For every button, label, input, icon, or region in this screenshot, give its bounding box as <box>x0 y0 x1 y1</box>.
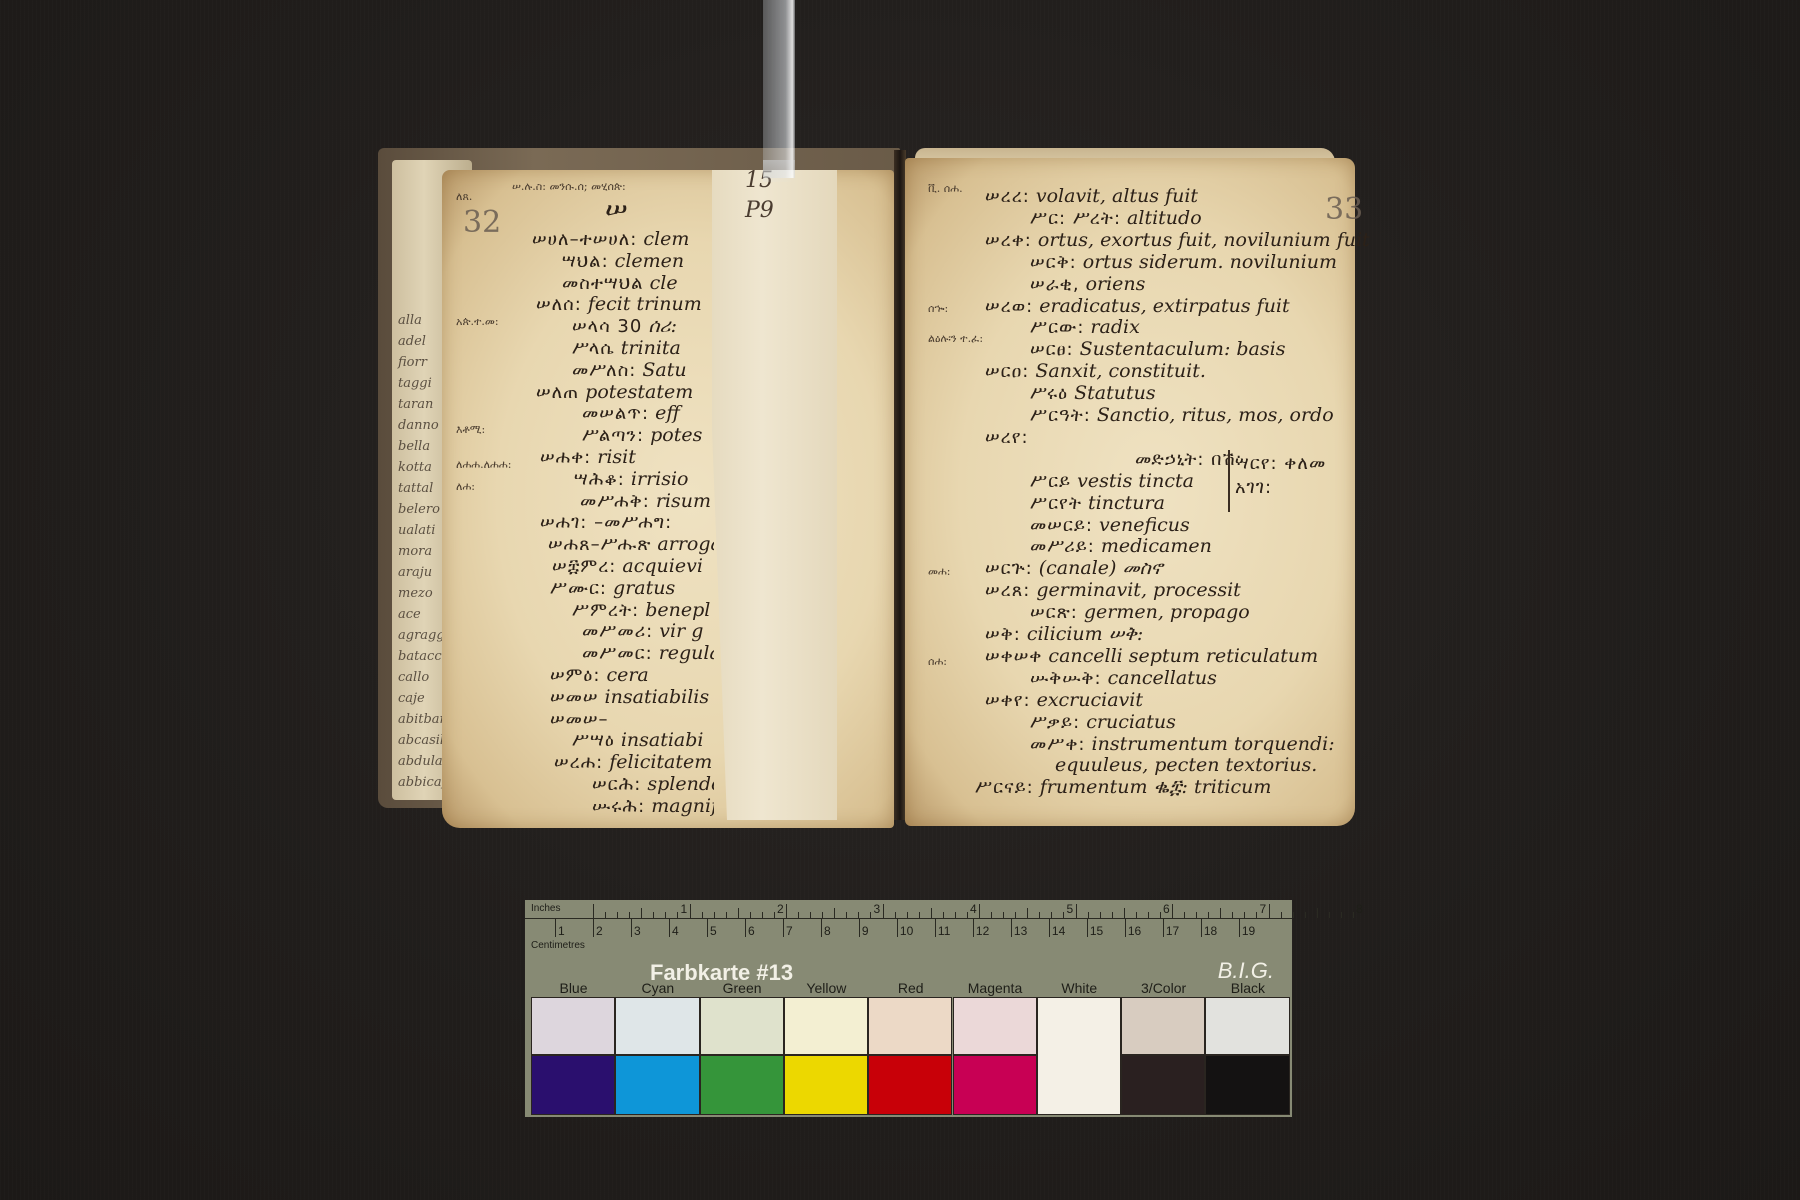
cm-tick <box>1201 919 1202 937</box>
inch-label: 5 <box>1067 902 1074 916</box>
cm-tick <box>1049 919 1050 937</box>
latin-gloss: felicitatem larg <box>603 751 714 773</box>
swatch-light-yellow <box>784 997 868 1055</box>
latin-gloss: risum <box>650 490 711 512</box>
geez-headword: ሣሕቆ: <box>574 469 625 490</box>
latin-gloss: arroga <box>651 533 714 555</box>
latin-gloss: cancellatus <box>1102 667 1217 689</box>
latin-gloss: clemen <box>609 250 685 272</box>
latin-gloss: vir g <box>653 620 703 642</box>
inch-tick <box>774 912 775 918</box>
inch-tick <box>653 912 654 918</box>
geez-headword: ሠርፀ: <box>1030 339 1074 360</box>
geez-headword: ሥሙር: <box>550 578 607 599</box>
inch-tick <box>1112 912 1113 918</box>
latin-gloss: (canale) መስኖ <box>1033 557 1163 579</box>
dictionary-entry: ሠረቀ: ortus, exortus fuit, novilunium fui… <box>985 229 1370 251</box>
inch-tick <box>798 912 799 918</box>
inch-tick <box>1353 912 1354 918</box>
geez-headword: ሠቀሠቀ <box>985 646 1042 667</box>
inch-tick <box>858 912 859 918</box>
inch-tick <box>726 912 727 918</box>
margin-note: መሐ: <box>928 565 950 579</box>
latin-gloss: eradicatus, extirpatus fuit <box>1033 295 1290 317</box>
dictionary-entry: ሡሩሕ: magnificent <box>592 795 714 817</box>
inch-tick <box>677 912 678 918</box>
cm-label: 18 <box>1204 924 1217 938</box>
swatch-label: White <box>1037 980 1122 996</box>
cm-tick <box>973 919 974 937</box>
geez-headword: ሠሐጸ–ሥሑጽ <box>548 534 651 555</box>
inch-label: 2 <box>777 902 784 916</box>
dictionary-entry: መሠርይ: veneficus <box>1030 514 1190 536</box>
inch-tick <box>617 912 618 918</box>
inch-tick <box>870 912 871 918</box>
dictionary-entry: መሥሐቅ: risum <box>580 490 711 512</box>
geez-headword: ሠርጽ: <box>1030 602 1078 623</box>
latin-gloss: gratus <box>607 577 675 599</box>
dictionary-entry: ሠረወ: eradicatus, extirpatus fuit <box>985 295 1290 317</box>
inch-tick <box>991 912 992 918</box>
inch-tick <box>1232 912 1233 918</box>
dictionary-entry: ሥርዓት: Sanctio, ritus, mos, ordo <box>1030 404 1334 426</box>
inch-tick <box>1196 912 1197 918</box>
geez-headword: ሠረጸ: <box>985 580 1030 601</box>
margin-note: ለሐሐ.ለሐሐ: <box>456 458 511 472</box>
dictionary-entry: ሥምረት: benepl <box>572 599 710 621</box>
geez-headword: ሥላሴ <box>572 338 615 359</box>
dictionary-entry: ሠርፀ: Sustentaculum: basis <box>1030 338 1285 360</box>
geez-headword: ሡሩሕ: <box>592 796 645 817</box>
cm-tick <box>935 919 936 937</box>
inch-tick <box>1281 912 1282 918</box>
inch-tick <box>1124 908 1125 918</box>
cm-label: 16 <box>1128 924 1141 938</box>
latin-gloss: excruciavit <box>1031 689 1143 711</box>
dictionary-entry: ሣሕቆ: irrisio <box>574 468 689 490</box>
inch-tick <box>1160 912 1161 918</box>
inch-tick <box>1051 912 1052 918</box>
geez-headword: ሠቅ: <box>985 624 1021 645</box>
inch-tick <box>943 912 944 918</box>
geez-headword: ሠርሕ: <box>592 774 641 795</box>
dictionary-entry: ሠረጸ: germinavit, processit <box>985 579 1241 601</box>
dictionary-entry: ሠመሠ insatiabilis <box>550 686 709 708</box>
dictionary-entry: ሠርጕ: (canale) መስኖ <box>985 557 1163 579</box>
inch-tick <box>895 912 896 918</box>
inch-tick <box>834 908 835 918</box>
latin-gloss: insatiabilis <box>599 686 710 708</box>
geez-headword: ሥሣዕ <box>572 730 615 751</box>
inch-tick <box>955 912 956 918</box>
geez-headword: ሠራቂ, <box>1030 274 1080 295</box>
inch-tick <box>931 908 932 918</box>
latin-gloss: Sanctio, ritus, mos, ordo <box>1091 404 1334 426</box>
cm-label: 11 <box>938 924 950 938</box>
dictionary-entry: መሥመር: regula <box>582 642 714 664</box>
swatch-dark-red <box>868 1055 952 1115</box>
inch-tick <box>1305 912 1306 918</box>
geez-headword: ሠላሳ 30 <box>572 316 642 337</box>
dictionary-entry: ሥርየት tinctura <box>1030 492 1165 514</box>
folio-mark-2: P9 <box>745 198 774 223</box>
cm-label: 5 <box>710 924 717 938</box>
inch-label: 7 <box>1260 902 1267 916</box>
geez-headword: ሠለጠ <box>536 382 579 403</box>
geez-headword: ሠመሠ– <box>550 709 609 730</box>
swatch-dark-cyan <box>615 1055 699 1115</box>
geez-headword: መስተሣህል <box>562 273 644 294</box>
latin-gloss: volavit, altus fuit <box>1030 185 1198 207</box>
inch-tick <box>702 912 703 918</box>
latin-gloss: Statutus <box>1068 382 1156 404</box>
inch-label: 1 <box>681 902 688 916</box>
inch-tick <box>1088 912 1089 918</box>
geez-headword: ሥሩዕ <box>1030 383 1068 404</box>
inch-tick <box>690 904 691 918</box>
cm-label: 19 <box>1242 924 1255 938</box>
dictionary-entry: መሥሪይ: medicamen <box>1030 535 1212 557</box>
clear-plastic-page-holder <box>763 0 795 178</box>
dictionary-entry: ሠ፰ምረ: acquievi <box>552 555 703 577</box>
latin-gloss: eff <box>649 402 680 424</box>
latin-gloss: cruciatus <box>1080 711 1176 733</box>
inches-label: Inches <box>531 903 560 914</box>
latin-gloss: trinita <box>615 337 681 359</box>
cm-label: 13 <box>1014 924 1027 938</box>
inch-tick <box>1293 912 1294 918</box>
swatch-label: Yellow <box>784 980 869 996</box>
inch-tick <box>1256 912 1257 918</box>
latin-gloss: veneficus <box>1093 514 1190 536</box>
dictionary-entry: ሠቀየ: excruciavit <box>985 689 1143 711</box>
inch-label: 3 <box>874 902 881 916</box>
latin-gloss: cle <box>644 272 678 294</box>
latin-gloss: benepl <box>639 599 710 621</box>
dictionary-entry: መስተሣህል cle <box>562 272 678 294</box>
latin-gloss: oriens <box>1080 273 1146 295</box>
inch-tick <box>665 912 666 918</box>
latin-gloss: germinavit, processit <box>1030 579 1241 601</box>
inch-tick <box>907 912 908 918</box>
inch-tick <box>1015 912 1016 918</box>
geez-headword: ሥርናይ: <box>975 777 1034 798</box>
geez-headword: ሥልጣን: <box>582 425 644 446</box>
inch-tick <box>641 908 642 918</box>
cm-label: 10 <box>900 924 913 938</box>
latin-gloss: potestatem <box>579 381 693 403</box>
latin-gloss: irrisio <box>625 468 689 490</box>
cm-tick <box>821 919 822 937</box>
dictionary-entry: ሠምዕ: cera <box>550 664 649 686</box>
dictionary-entry: ሠመሠ– <box>550 708 609 730</box>
inch-tick <box>1136 912 1137 918</box>
latin-gloss: cancelli septum reticulatum <box>1042 645 1318 667</box>
geez-headword: ሥቃይ: <box>1030 712 1080 733</box>
inch-tick <box>1003 912 1004 918</box>
dictionary-entry: ሡቅሡቅ: cancellatus <box>1030 667 1217 689</box>
margin-note: ሰኈ: <box>928 302 948 316</box>
geez-headword: ሠረቀ: <box>985 230 1032 251</box>
swatch-label: Green <box>700 980 785 996</box>
swatch-label: Black <box>1205 980 1290 996</box>
dictionary-entry: equuleus, pecten textorius. <box>1055 754 1317 776</box>
swatch-dark-yellow <box>784 1055 868 1115</box>
centimetres-label: Centimetres <box>531 940 585 951</box>
swatch-white <box>1037 997 1121 1115</box>
geez-headword: ሥር: ሥረት: <box>1030 208 1121 229</box>
inch-tick <box>1220 908 1221 918</box>
dictionary-entry: መሥለስ: Satu <box>572 359 687 381</box>
dictionary-entry: ሥሙር: gratus <box>550 577 675 599</box>
inch-label: 6 <box>1163 902 1170 916</box>
geez-headword: ሠምዕ: <box>550 665 600 686</box>
geez-headword: ሥምረት: <box>572 600 639 621</box>
dictionary-entry: ሥላሴ trinita <box>572 337 681 359</box>
geez-headword: ሠለሰ: <box>536 294 582 315</box>
geez-headword: ሥርየት <box>1030 493 1082 514</box>
dictionary-entry: ሥሩዕ Statutus <box>1030 382 1156 404</box>
inch-tick <box>822 912 823 918</box>
bracket-line <box>1228 450 1230 512</box>
latin-gloss: cera <box>600 664 648 686</box>
cm-tick <box>555 919 556 937</box>
dictionary-entry: ሠሐቀ: risit <box>540 446 636 468</box>
margin-note: አጵ.ተ.መ: <box>456 315 499 329</box>
geez-headword: መሠርይ: <box>1030 515 1093 536</box>
geez-headword: ሥርዓት: <box>1030 405 1091 426</box>
cm-tick <box>1163 919 1164 937</box>
cm-label: 17 <box>1166 924 1179 938</box>
side-note-2: አገገ: <box>1235 476 1272 498</box>
cm-label: 7 <box>786 924 793 938</box>
latin-gloss: altitudo <box>1121 207 1202 229</box>
inch-tick <box>762 912 763 918</box>
latin-gloss: Sustentaculum: basis <box>1074 338 1286 360</box>
geez-headword: ሠሐገ: –መሥሐግ: <box>540 512 672 533</box>
inch-tick <box>1269 904 1270 918</box>
inch-tick <box>1100 912 1101 918</box>
inch-tick <box>1244 912 1245 918</box>
swatch-label: Cyan <box>615 980 700 996</box>
latin-gloss: acquievi <box>616 555 703 577</box>
swatch-dark-magenta <box>953 1055 1037 1115</box>
dictionary-entry: ሥቃይ: cruciatus <box>1030 711 1176 733</box>
inch-label: 4 <box>970 902 977 916</box>
dictionary-entry: ሠረየ: <box>985 426 1029 448</box>
ruler: Inches Centimetres 123456781234567891011… <box>525 900 1292 962</box>
cm-tick <box>1087 919 1088 937</box>
swatch-label: Blue <box>531 980 616 996</box>
latin-gloss: clem <box>637 228 689 250</box>
latin-gloss: medicamen <box>1095 535 1212 557</box>
geez-headword: መሥሪይ: <box>1030 536 1095 557</box>
latin-gloss: frumentum ቈ፰: triticum <box>1034 776 1272 798</box>
cm-label: 15 <box>1090 924 1103 938</box>
plastic-strip-tip <box>763 160 795 182</box>
dictionary-entry: ሠላሳ 30 ሰሪ: <box>572 315 677 337</box>
geez-headword: ሠርዐ: <box>985 361 1029 382</box>
latin-gloss: vestis tincta <box>1071 470 1194 492</box>
latin-gloss: tinctura <box>1082 492 1165 514</box>
dictionary-entry: ሠርሕ: splendor, glo <box>592 773 714 795</box>
inch-tick <box>786 904 787 918</box>
margin-note: ቪ. ሰሐ. <box>928 182 963 196</box>
margin-note: ለሐ: <box>456 480 475 494</box>
geez-headword: መሠልጥ: <box>582 403 649 424</box>
latin-gloss: equuleus, pecten textorius. <box>1055 754 1317 776</box>
inch-tick <box>1039 912 1040 918</box>
dictionary-entry: ሥሣዕ insatiabi <box>572 729 704 751</box>
geez-headword: መሥመሪ: <box>582 621 653 642</box>
inch-tick <box>919 912 920 918</box>
dictionary-entry: ሥርናይ: frumentum ቈ፰: triticum <box>975 776 1271 798</box>
cm-label: 12 <box>976 924 989 938</box>
swatch-label: 3/Color <box>1121 980 1206 996</box>
inch-tick <box>883 904 884 918</box>
geez-headword: ሠመሠ <box>550 687 599 708</box>
latin-gloss: regula <box>653 642 714 664</box>
geez-headword: ሥርይ <box>1030 471 1071 492</box>
swatch-dark-3-color <box>1121 1055 1205 1115</box>
dictionary-entry: ሥር: ሥረት: altitudo <box>1030 207 1202 229</box>
inch-tick <box>1329 912 1330 918</box>
margin-note: እቶሚ: <box>456 423 485 437</box>
inch-tick <box>967 912 968 918</box>
latin-gloss: insatiabi <box>615 729 704 751</box>
folded-page-flap <box>712 170 837 820</box>
side-note-1: ሣርየ: ቀለመ <box>1235 452 1326 474</box>
dictionary-entry: ሣህል: clemen <box>562 250 684 272</box>
geez-headword: መድኃኒት: በሽ: <box>1135 449 1243 470</box>
inch-tick <box>1317 908 1318 918</box>
left-page-number: 32 <box>463 205 501 240</box>
dictionary-entry: ሠርቅ: ortus siderum. novilunium <box>1030 251 1337 273</box>
inch-tick <box>979 904 980 918</box>
geez-headword: መሥመር: <box>582 643 653 664</box>
inch-tick <box>1172 904 1173 918</box>
section-letter: ሠ <box>605 192 628 226</box>
dictionary-entry: ሠራቂ, oriens <box>1030 273 1145 295</box>
latin-gloss: cilicium ሠቅ: <box>1021 623 1144 645</box>
geez-headword: ሠ፰ምረ: <box>552 556 616 577</box>
latin-gloss: risit <box>591 446 636 468</box>
dictionary-entry: መሠልጥ: eff <box>582 402 680 424</box>
geez-headword: ሠረወ: <box>985 296 1033 317</box>
inch-tick <box>629 912 630 918</box>
latin-gloss: radix <box>1084 316 1139 338</box>
inch-tick <box>1027 908 1028 918</box>
geez-headword: ሠረየ: <box>985 427 1029 448</box>
inch-tick <box>1148 912 1149 918</box>
latin-gloss: Sanxit, constituit. <box>1029 360 1206 382</box>
latin-gloss: Satu <box>636 359 686 381</box>
cm-tick <box>707 919 708 937</box>
dictionary-entry: ሠርዐ: Sanxit, constituit. <box>985 360 1206 382</box>
swatch-dark-blue <box>531 1055 615 1115</box>
dictionary-entry: ሠሐጸ–ሥሑጽ arroga <box>548 533 714 555</box>
color-calibration-card: Inches Centimetres 123456781234567891011… <box>525 900 1292 1117</box>
swatch-light-magenta <box>953 997 1037 1055</box>
latin-gloss: potes <box>644 424 702 446</box>
geez-headword: ሠሀለ–ተሠሀለ: <box>532 229 637 250</box>
geez-headword: መሥለስ: <box>572 360 636 381</box>
cm-label: 8 <box>824 924 831 938</box>
cm-tick <box>1011 919 1012 937</box>
swatch-label: Magenta <box>953 980 1038 996</box>
latin-gloss: ሰሪ: <box>642 315 677 337</box>
geez-headword: ሠረረ: <box>985 186 1030 207</box>
dictionary-entry: ሠለሰ: fecit trinum <box>536 293 702 315</box>
cm-tick <box>745 919 746 937</box>
left-page-text-area: ሠሀለ–ተሠሀለ: clemሣህል: clemenመስተሣህል cleሠለሰ: … <box>442 170 714 828</box>
dictionary-entry: መሥቀ: instrumentum torquendi: <box>1030 733 1335 755</box>
cm-tick <box>631 919 632 937</box>
cm-label: 4 <box>672 924 679 938</box>
cm-label: 9 <box>862 924 869 938</box>
swatch-dark-green <box>700 1055 784 1115</box>
latin-gloss: ortus siderum. novilunium <box>1077 251 1337 273</box>
dictionary-entry: ሥርው: radix <box>1030 316 1140 338</box>
dictionary-entry: ሥልጣን: potes <box>582 424 702 446</box>
swatch-light-red <box>868 997 952 1055</box>
swatch-light-cyan <box>615 997 699 1055</box>
cm-tick <box>897 919 898 937</box>
right-page-number: 33 <box>1325 192 1363 227</box>
swatch-light-green <box>700 997 784 1055</box>
latin-gloss: splendor, glo <box>641 773 714 795</box>
swatch-light-blue <box>531 997 615 1055</box>
geez-headword: ሣህል: <box>562 251 609 272</box>
margin-note: ሰሐ: <box>928 655 947 669</box>
dictionary-entry: ሠረረ: volavit, altus fuit <box>985 185 1198 207</box>
cm-tick <box>1125 919 1126 937</box>
geez-headword: ሠርጕ: <box>985 558 1033 579</box>
inch-tick <box>1184 912 1185 918</box>
swatch-light-3-color <box>1121 997 1205 1055</box>
inch-tick <box>1341 912 1342 918</box>
latin-gloss: instrumentum torquendi: <box>1086 733 1335 755</box>
geez-headword: መሥሐቅ: <box>580 491 650 512</box>
dictionary-entry: መሥመሪ: vir g <box>582 620 703 642</box>
inch-tick <box>738 908 739 918</box>
inch-tick <box>1063 912 1064 918</box>
swatch-light-black <box>1205 997 1289 1055</box>
inch-tick <box>593 904 594 918</box>
cm-tick <box>669 919 670 937</box>
dictionary-entry: ሠረሐ: felicitatem larg <box>554 751 714 773</box>
inch-tick <box>1076 904 1077 918</box>
geez-headword: መሥቀ: <box>1030 734 1086 755</box>
inch-tick <box>1208 912 1209 918</box>
cm-tick <box>859 919 860 937</box>
inch-tick <box>605 912 606 918</box>
cm-label: 6 <box>748 924 755 938</box>
dictionary-entry: ሠርጽ: germen, propago <box>1030 601 1250 623</box>
swatch-label: Red <box>868 980 953 996</box>
margin-note: ልዕሉ፡ን ተ.ፈ: <box>928 332 983 346</box>
geez-headword: ሥርው: <box>1030 317 1084 338</box>
inch-tick <box>846 912 847 918</box>
dictionary-entry: ሠሐገ: –መሥሐግ: <box>540 511 672 533</box>
dictionary-entry: ሠለጠ potestatem <box>536 381 693 403</box>
cm-label: 2 <box>596 924 603 938</box>
geez-headword: ሠርቅ: <box>1030 252 1077 273</box>
cm-label: 1 <box>558 924 565 938</box>
cm-tick <box>593 919 594 937</box>
inch-tick <box>714 912 715 918</box>
geez-headword: ሠሐቀ: <box>540 447 591 468</box>
